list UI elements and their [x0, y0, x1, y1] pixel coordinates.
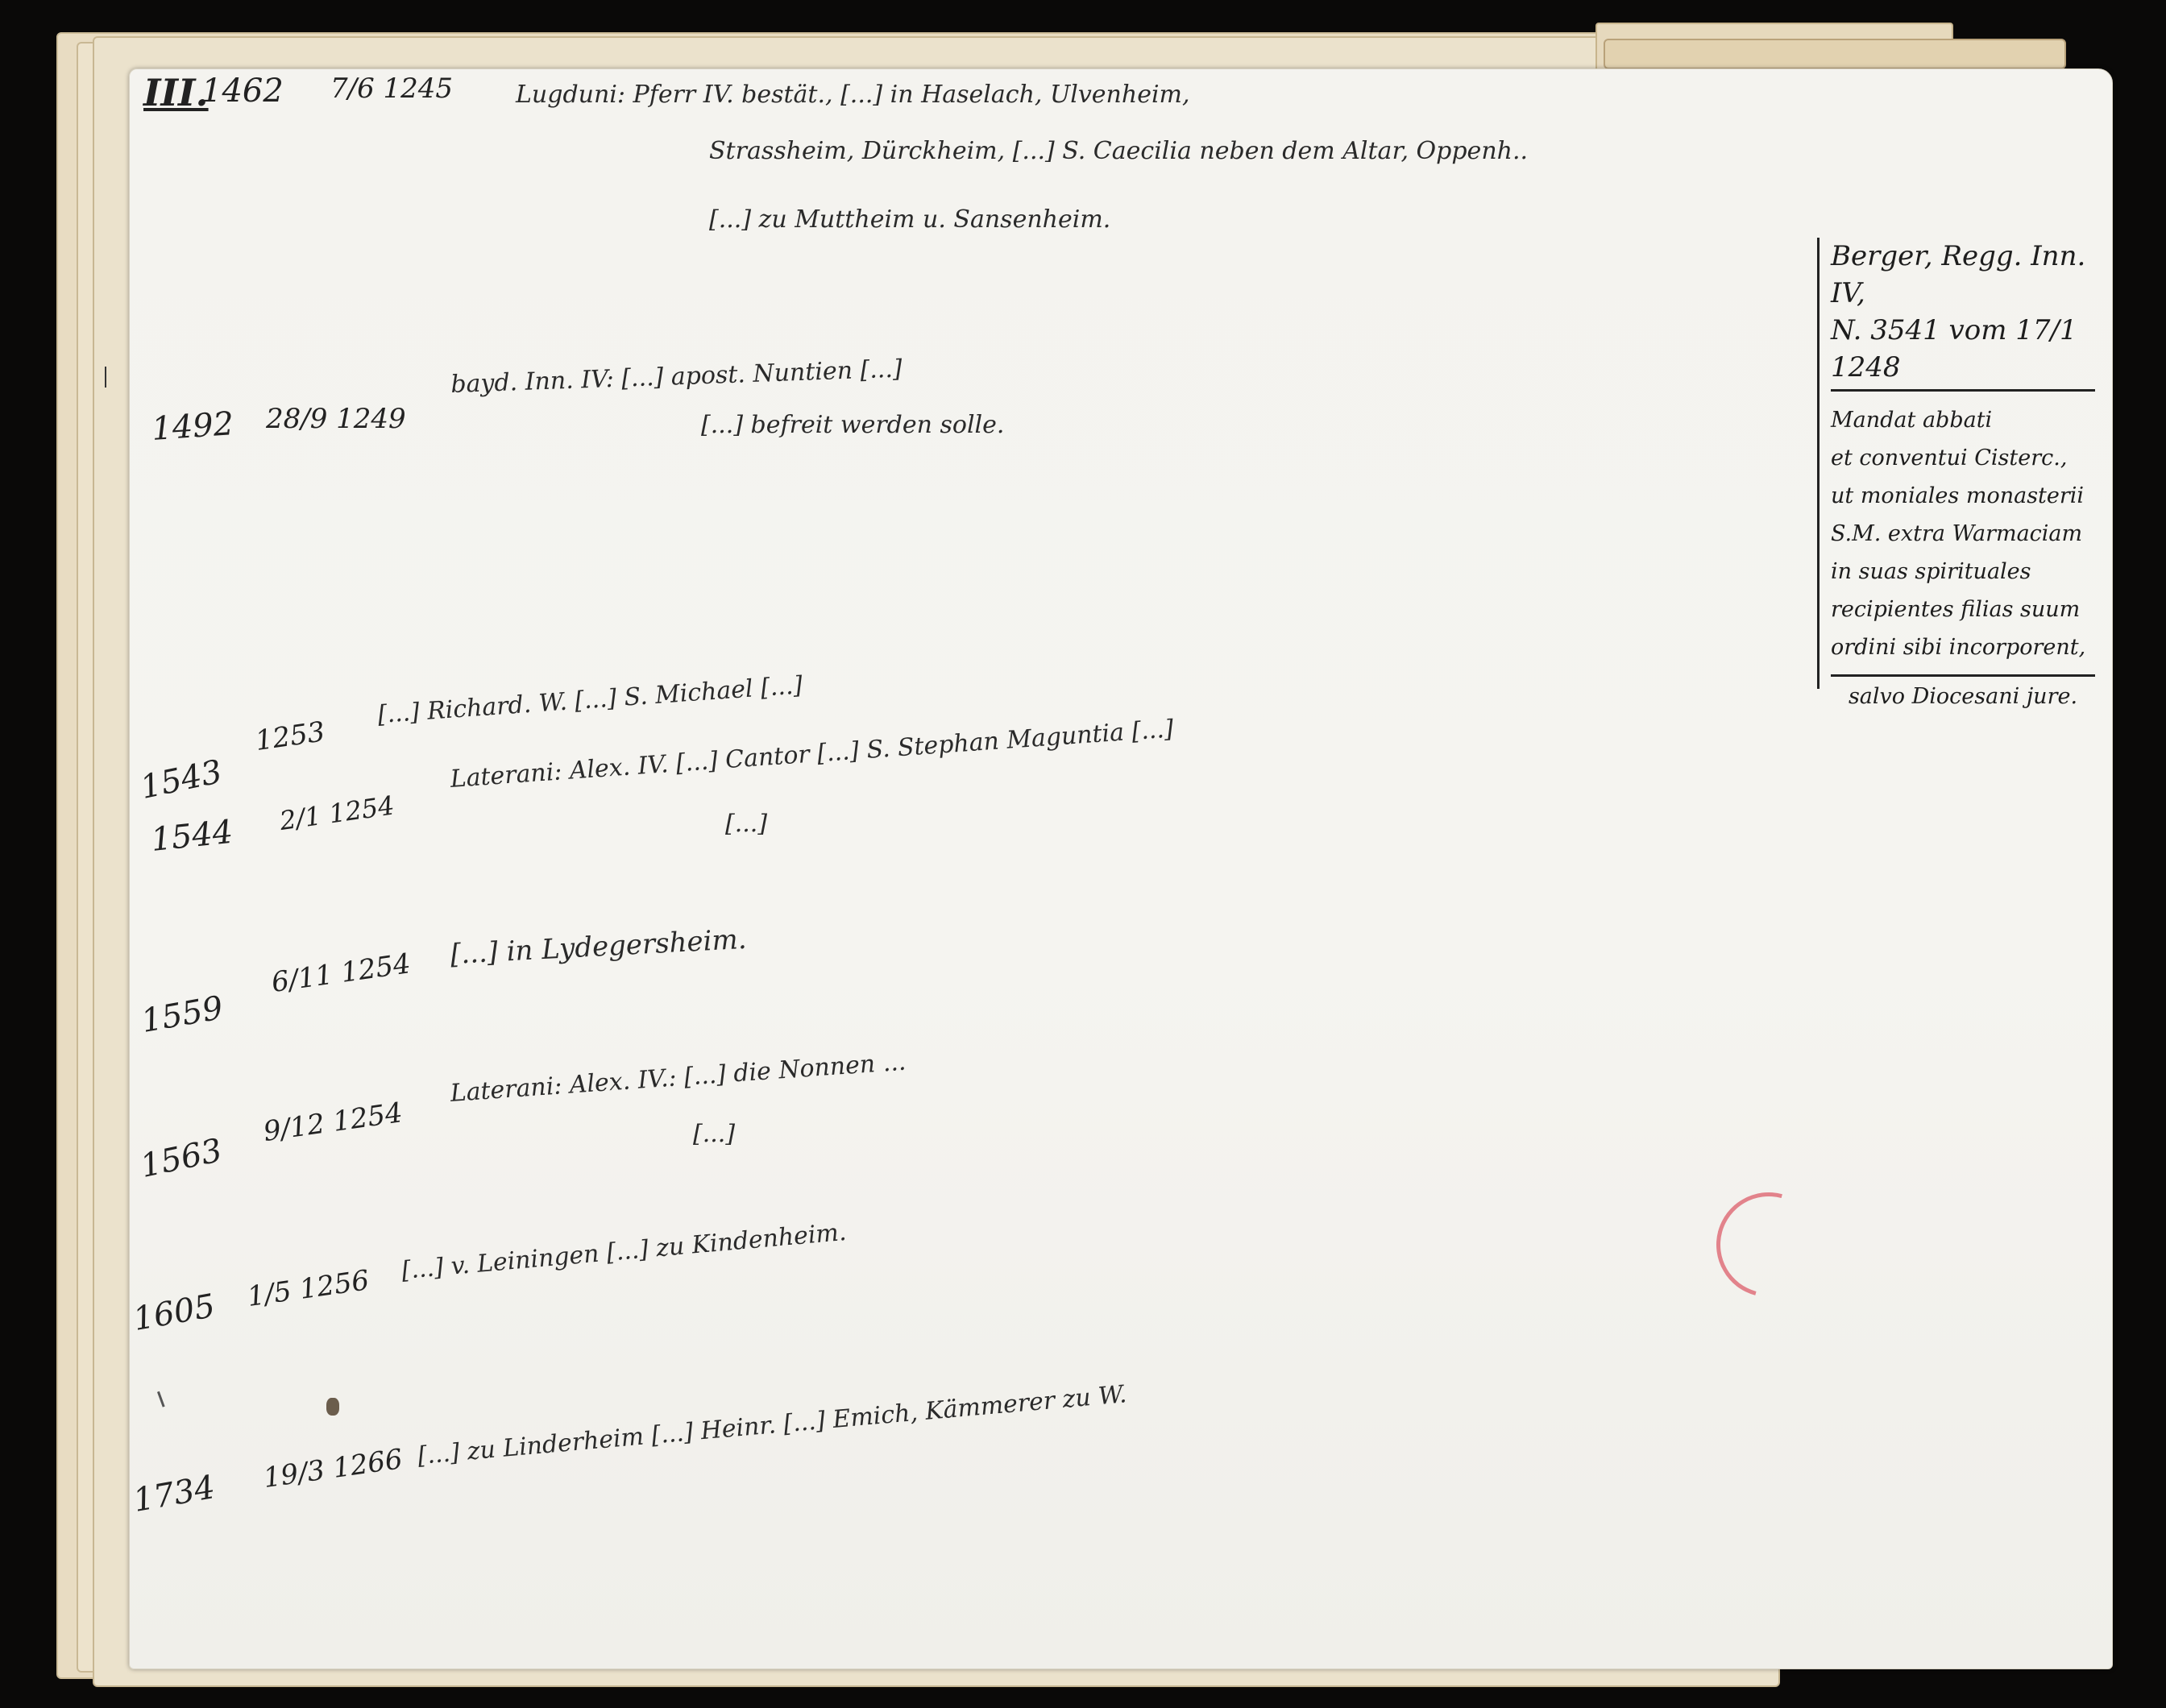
annotation-body: Mandat abbati et conventui Cisterc., ut … — [1831, 401, 2095, 666]
entry-text: [...] befreit werden solle. — [701, 411, 1004, 439]
annotation-line: recipientes filias suum — [1831, 591, 2095, 628]
side-annotation: Berger, Regg. Inn. IV, N. 3541 vom 17/1 … — [1817, 238, 2095, 689]
annotation-line: S.M. extra Warmaciam — [1831, 515, 2095, 553]
annotation-line: et conventui Cisterc., — [1831, 439, 2095, 477]
margin-tick-mark — [105, 367, 113, 388]
underlying-page-edge — [1604, 39, 2066, 69]
entry-text: Strassheim, Dürckheim, [...] S. Caecilia… — [709, 137, 1528, 165]
section-marker: III. — [143, 71, 209, 114]
entry-text: [...] — [693, 1120, 735, 1148]
annotation-line: in suas spirituales — [1831, 553, 2095, 591]
ink-blot — [326, 1398, 339, 1416]
reference-source: Berger, Regg. Inn. IV, — [1831, 238, 2095, 312]
entry-date: 7/6 1245 — [330, 73, 453, 105]
annotation-closing: salvo Diocesani jure. — [1831, 674, 2095, 714]
entry-text: Lugduni: Pferr IV. bestät., [...] in Has… — [516, 81, 1190, 109]
entry-text: [...] zu Muttheim u. Sansenheim. — [709, 205, 1110, 234]
annotation-reference: Berger, Regg. Inn. IV, N. 3541 vom 17/1 … — [1831, 238, 2095, 392]
entry-number: 1462 — [201, 73, 284, 110]
reference-number: N. 3541 vom 17/1 1248 — [1831, 312, 2095, 386]
annotation-line: Mandat abbati — [1831, 401, 2095, 439]
entry-number: 1492 — [151, 405, 235, 448]
manuscript-page — [129, 68, 2113, 1669]
annotation-line: ordini sibi incorporent, — [1831, 628, 2095, 666]
annotation-line: ut moniales monasterii — [1831, 477, 2095, 515]
entry-text: [...] — [725, 810, 767, 838]
entry-date: 28/9 1249 — [266, 403, 406, 435]
